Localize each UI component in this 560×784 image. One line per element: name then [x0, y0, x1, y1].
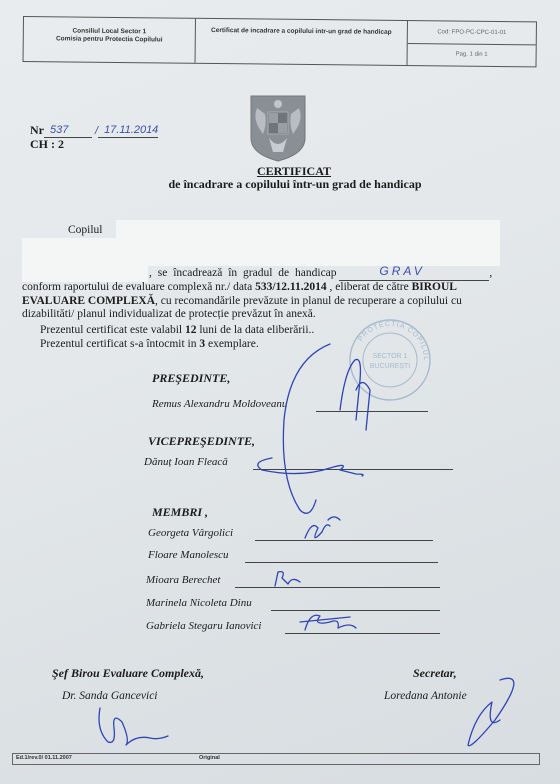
president-signature-icon	[283, 344, 330, 513]
edition-label: Ed.1/rev.0/ 01.11.2007	[16, 755, 72, 761]
handwritten-signatures	[0, 0, 560, 784]
member-1-signature-icon	[305, 517, 340, 538]
member-3-signature-icon	[275, 572, 300, 586]
copy-type-label: Original	[199, 755, 220, 761]
head-of-office-signature-icon	[99, 708, 168, 745]
document-footer: Ed.1/rev.0/ 01.11.2007 Original	[12, 753, 540, 765]
secretary-signature-icon	[468, 678, 514, 745]
president-initials-icon	[340, 359, 370, 430]
vice-president-signature-icon	[258, 458, 363, 476]
member-5-signature-icon	[300, 615, 356, 630]
